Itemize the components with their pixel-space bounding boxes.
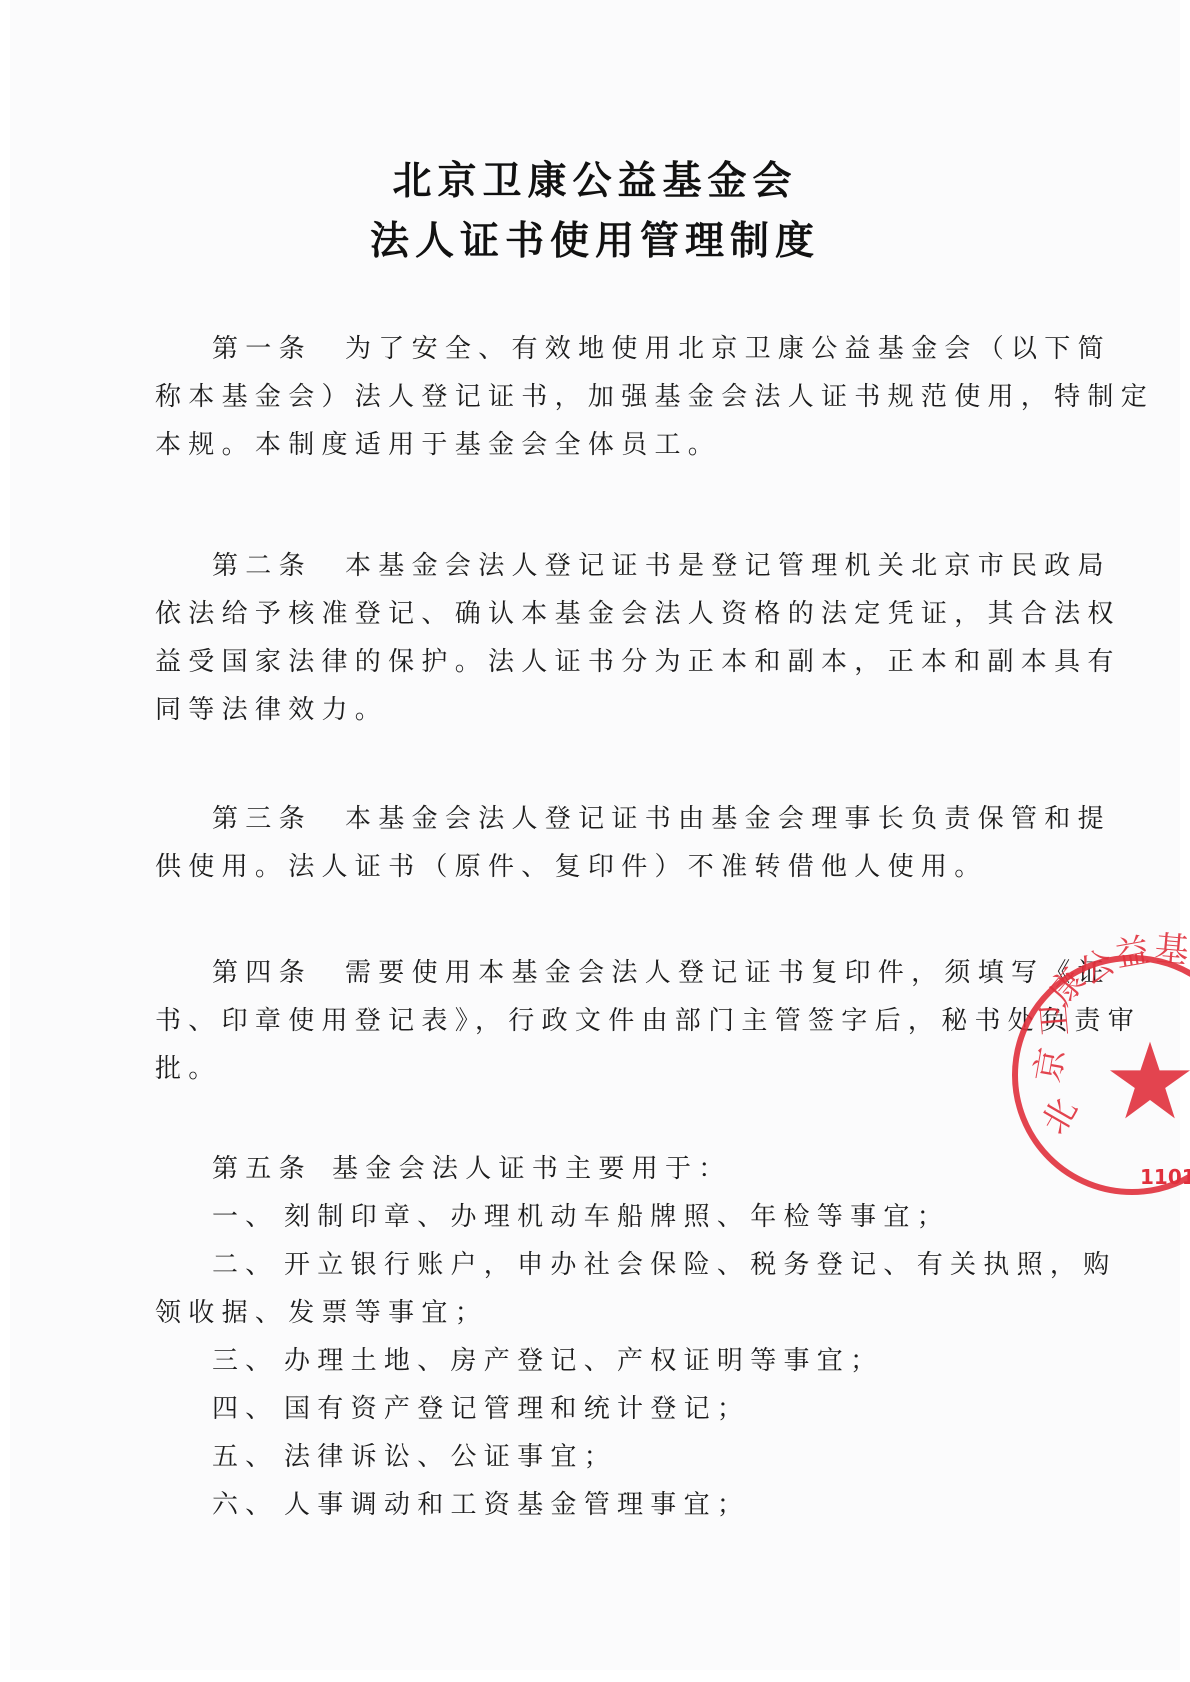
article-5-item-5: 五、法律诉讼、公证事宜； xyxy=(212,1436,617,1473)
article-5-item-2-cont: 领收据、发票等事宜； xyxy=(155,1292,488,1329)
seal-number: 1101 xyxy=(1140,1165,1190,1189)
seal-star-icon xyxy=(1110,1040,1190,1120)
article-3-label: 第三条 xyxy=(212,798,345,835)
article-1-line-1: 第一条为了安全、有效地使用北京卫康公益基金会（以下简 xyxy=(212,328,1111,365)
article-5-line-1: 第五条基金会法人证书主要用于： xyxy=(212,1148,732,1185)
article-5-item-6: 六、人事调动和工资基金管理事宜； xyxy=(212,1484,750,1521)
document-title-line2: 法人证书使用管理制度 xyxy=(0,210,1190,266)
article-3-line-1: 第三条本基金会法人登记证书由基金会理事长负责保管和提 xyxy=(212,798,1111,835)
article-1-label: 第一条 xyxy=(212,328,345,365)
article-2-line-1: 第二条本基金会法人登记证书是登记管理机关北京市民政局 xyxy=(212,545,1111,582)
article-2-line-2: 依法给予核准登记、确认本基金会法人资格的法定凭证，其合法权 xyxy=(155,593,1121,630)
article-5-item-2: 二、开立银行账户，申办社会保险、税务登记、有关执照，购 xyxy=(212,1244,1117,1281)
article-2-label: 第二条 xyxy=(212,545,345,582)
article-1-line-2: 称本基金会）法人登记证书，加强基金会法人证书规范使用，特制定 xyxy=(155,376,1154,413)
seal-char: 基 xyxy=(1153,921,1190,973)
article-5-item-4: 四、国有资产登记管理和统计登记； xyxy=(212,1388,750,1425)
article-1-line-3: 本规。本制度适用于基金会全体员工。 xyxy=(155,424,721,461)
article-4-line-2: 书、印章使用登记表》，行政文件由部门主管签字后，秘书处负责审 xyxy=(155,1000,1141,1037)
article-2-line-3: 益受国家法律的保护。法人证书分为正本和副本，正本和副本具有 xyxy=(155,641,1121,678)
article-5-item-3: 三、办理土地、房产登记、产权证明等事宜； xyxy=(212,1340,883,1377)
article-3-line-2: 供使用。法人证书（原件、复印件）不准转借他人使用。 xyxy=(155,846,988,883)
document-title-line1: 北京卫康公益基金会 xyxy=(0,150,1190,206)
article-4-label: 第四条 xyxy=(212,952,345,989)
article-5-item-1: 一、刻制印章、办理机动车船牌照、年检等事宜； xyxy=(212,1196,950,1233)
article-5-label: 第五条 xyxy=(212,1148,332,1185)
article-4-line-1: 第四条需要使用本基金会法人登记证书复印件，须填写《证 xyxy=(212,952,1111,989)
article-2-line-4: 同等法律效力。 xyxy=(155,689,388,726)
article-4-line-3: 批。 xyxy=(155,1048,222,1085)
